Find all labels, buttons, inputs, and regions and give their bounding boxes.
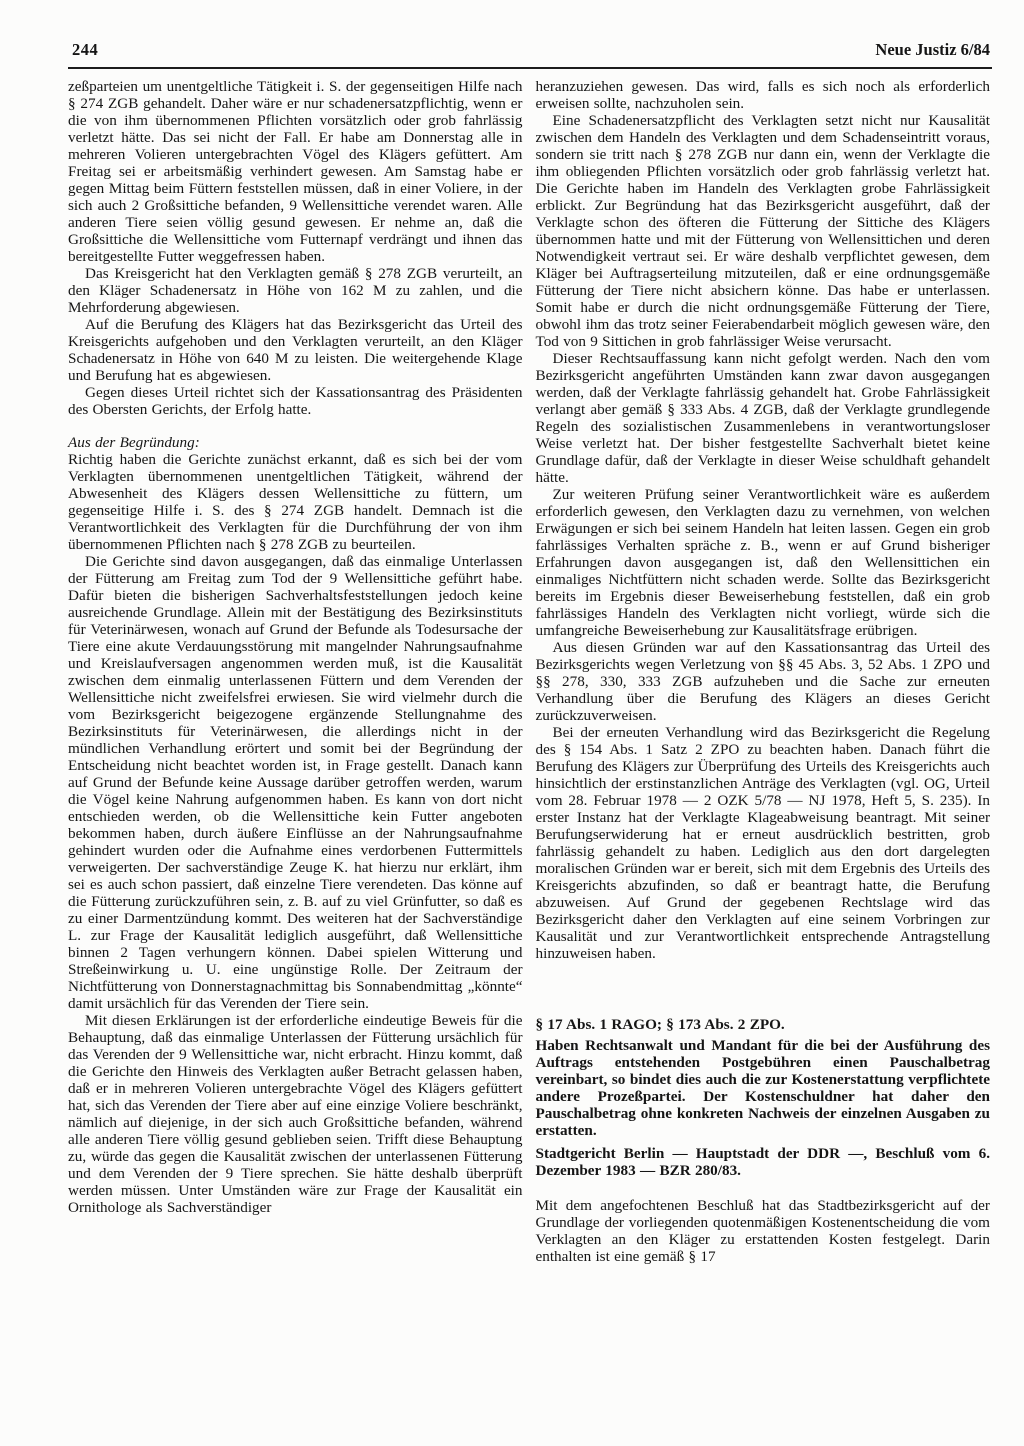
paragraph: Auf die Berufung des Klägers hat das Bez… bbox=[68, 316, 523, 384]
journal-title: Neue Justiz 6/84 bbox=[875, 40, 990, 60]
page-header: 244 Neue Justiz 6/84 bbox=[0, 0, 1024, 60]
paragraph-continuation: heranzuziehen gewesen. Das wird, falls e… bbox=[536, 78, 991, 112]
journal-page: 244 Neue Justiz 6/84 zeßparteien um unen… bbox=[0, 0, 1024, 1446]
case-headnote: Haben Rechtsanwalt und Mandant für die b… bbox=[536, 1037, 991, 1139]
article-columns: zeßparteien um unentgeltliche Tätigkeit … bbox=[0, 69, 1024, 1265]
left-column: zeßparteien um unentgeltliche Tätigkeit … bbox=[68, 78, 523, 1265]
paragraph: Mit diesen Erklärungen ist der erforderl… bbox=[68, 1012, 523, 1216]
paragraph: Die Gerichte sind davon ausgegangen, daß… bbox=[68, 553, 523, 1012]
page-number: 244 bbox=[72, 40, 98, 60]
paragraph: Zur weiteren Prüfung seiner Verantwortli… bbox=[536, 486, 991, 639]
paragraph: Aus diesen Gründen war auf den Kassation… bbox=[536, 639, 991, 724]
paragraph: Bei der erneuten Verhandlung wird das Be… bbox=[536, 724, 991, 962]
paragraph: Richtig haben die Gerichte zunächst erka… bbox=[68, 451, 523, 553]
section-heading-reasons: Aus der Begründung: bbox=[68, 434, 523, 451]
right-column: heranzuziehen gewesen. Das wird, falls e… bbox=[536, 78, 991, 1265]
paragraph: Mit dem angefochtenen Beschluß hat das S… bbox=[536, 1197, 991, 1265]
case-statute-heading: § 17 Abs. 1 RAGO; § 173 Abs. 2 ZPO. bbox=[536, 1016, 991, 1033]
paragraph: Das Kreisgericht hat den Verklagten gemä… bbox=[68, 265, 523, 316]
case-court-citation: Stadtgericht Berlin — Hauptstadt der DDR… bbox=[536, 1145, 991, 1179]
paragraph: Eine Schadenersatzpflicht des Verklagten… bbox=[536, 112, 991, 350]
paragraph: Dieser Rechtsauffassung kann nicht gefol… bbox=[536, 350, 991, 486]
paragraph: Gegen dieses Urteil richtet sich der Kas… bbox=[68, 384, 523, 418]
paragraph-continuation: zeßparteien um unentgeltliche Tätigkeit … bbox=[68, 78, 523, 265]
